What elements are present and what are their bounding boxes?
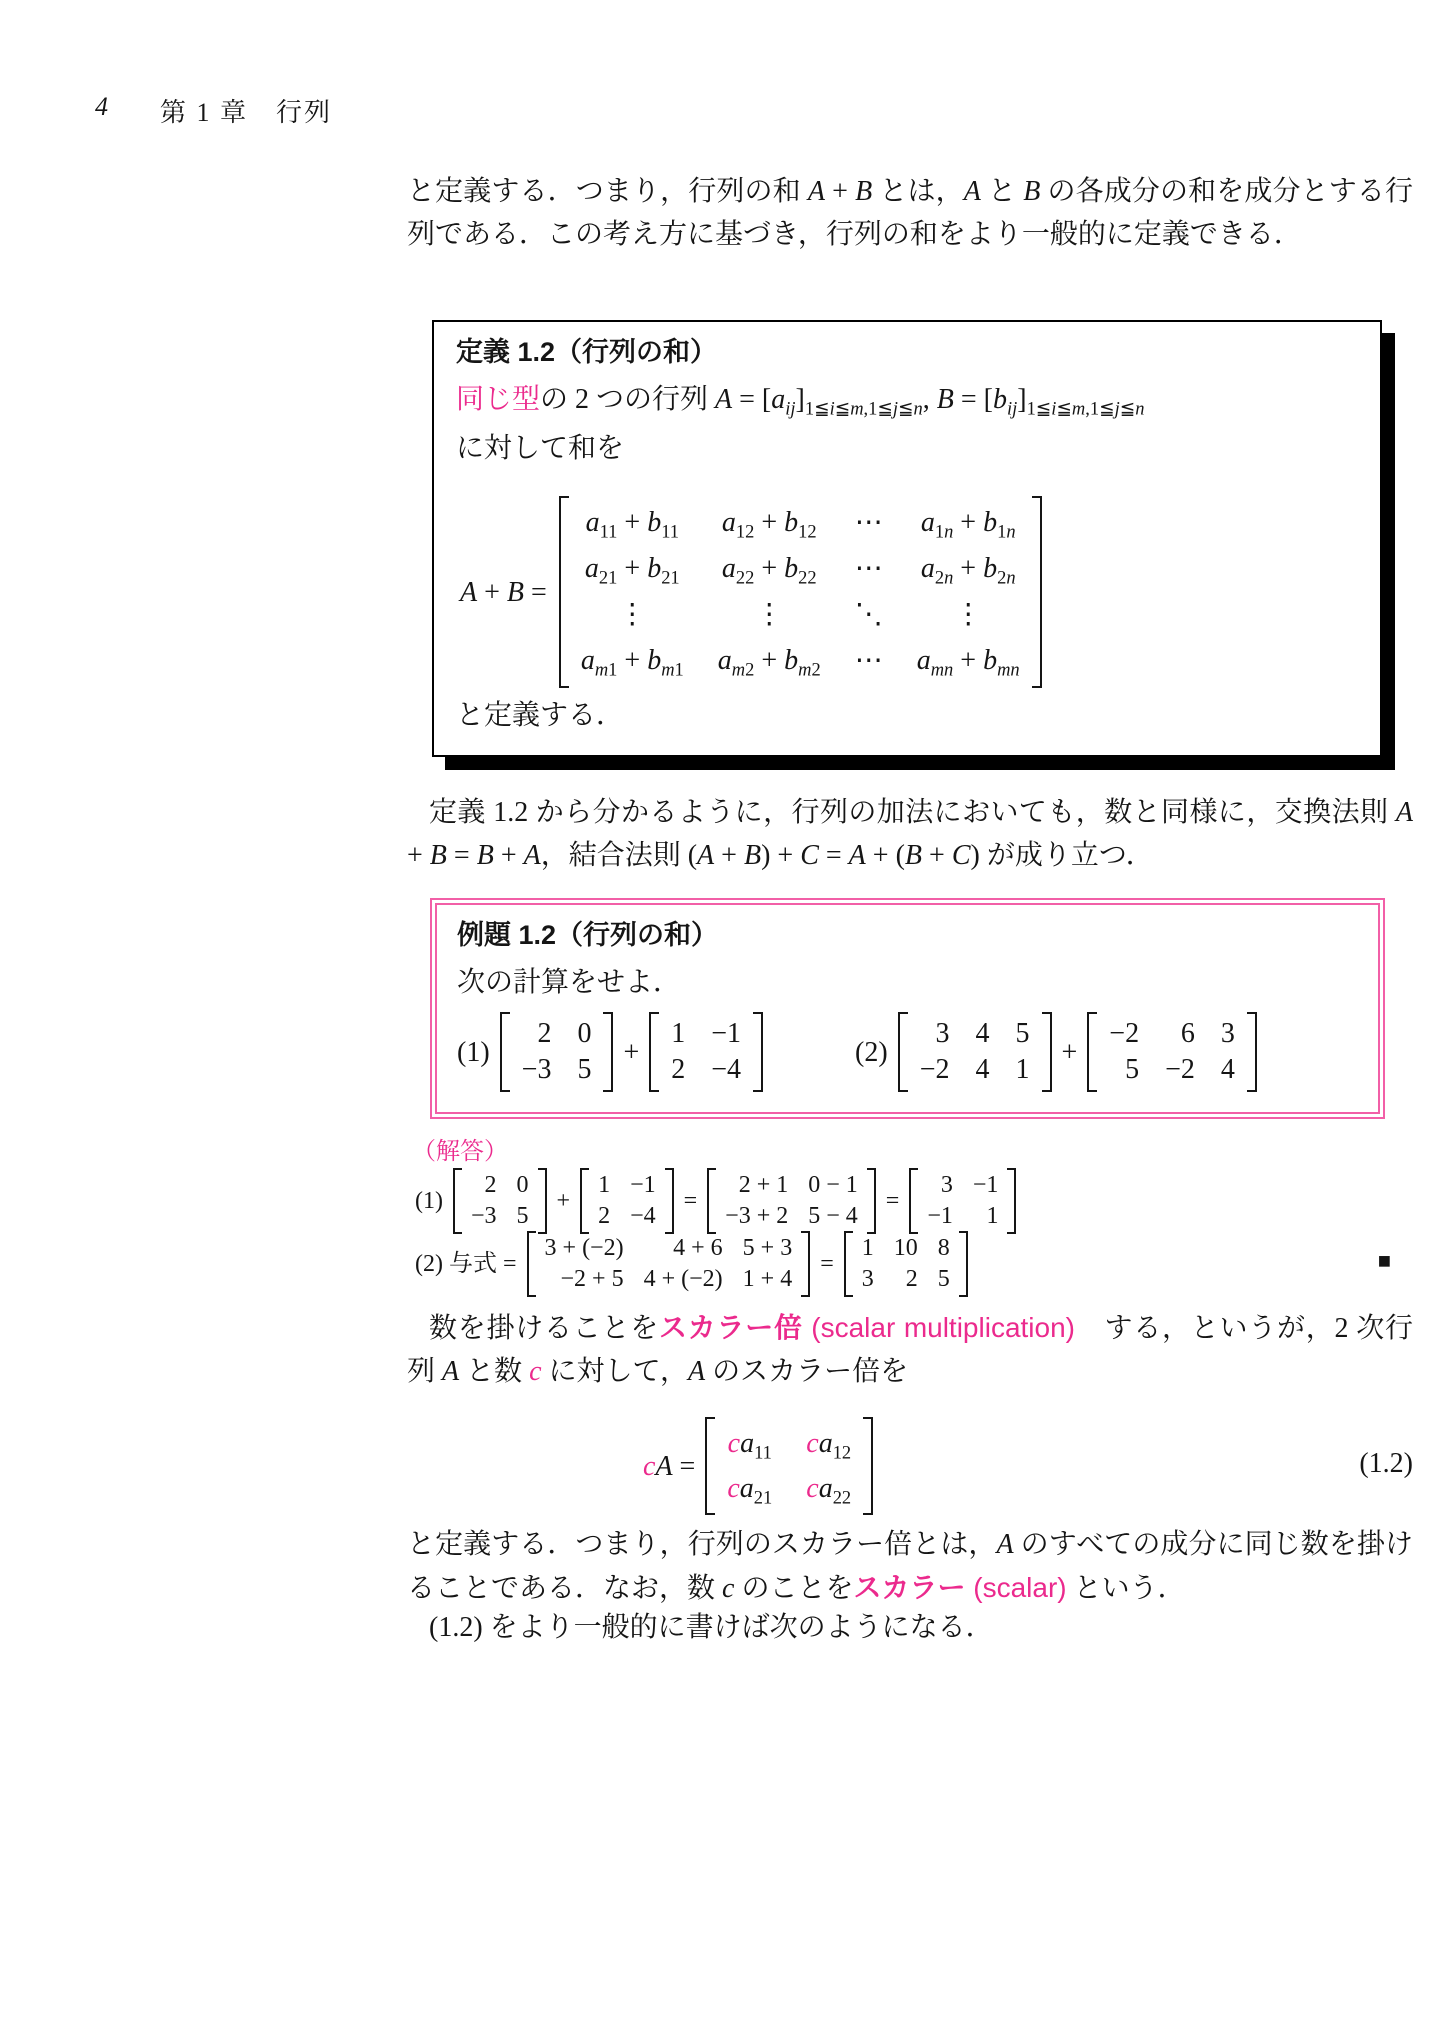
matrix-cell: ca12 <box>806 1421 851 1466</box>
matrix-cell: ca21 <box>727 1466 772 1511</box>
plus-operator: + <box>623 1031 639 1074</box>
matrix-cell: 0 − 1 <box>808 1170 858 1201</box>
matrix-cell: −4 <box>711 1052 741 1088</box>
left-bracket <box>909 1168 918 1234</box>
right-bracket <box>538 1168 547 1234</box>
example-box-inner: 例題 1.2（行列の和） 次の計算をせよ． (1) 20−35 + 1−12−4 <box>435 903 1380 1114</box>
matrix-grid: 20−35 <box>462 1168 538 1234</box>
left-bracket <box>559 496 569 688</box>
right-bracket <box>1247 1012 1257 1092</box>
plus-operator: + <box>1062 1031 1078 1074</box>
matrix-cell: 2 + 1 <box>725 1170 788 1201</box>
example-box: 例題 1.2（行列の和） 次の計算をせよ． (1) 20−35 + 1−12−4 <box>430 898 1385 1119</box>
matrix-grid: −2635−24 <box>1097 1012 1247 1092</box>
example-box-title: 例題 1.2（行列の和） <box>457 915 1362 955</box>
matrix-grid: 345−241 <box>908 1012 1042 1092</box>
left-bracket <box>705 1417 715 1515</box>
matrix-grid: 1−12−4 <box>659 1012 753 1092</box>
matrix-grid: 20−35 <box>510 1012 604 1092</box>
matrix-cell: −3 + 2 <box>725 1201 788 1232</box>
matrix-cell: 2 <box>598 1201 610 1232</box>
matrix-cell: −3 <box>471 1201 497 1232</box>
matrix-cell: ⋮ <box>718 592 821 638</box>
matrix-cell: 1 <box>598 1170 610 1201</box>
matrix-cell: ca22 <box>806 1466 851 1511</box>
scalar-paragraph: 数を掛けることをスカラー倍 (scalar multiplication) する… <box>407 1306 1413 1393</box>
equation-lhs: cA = <box>643 1445 695 1488</box>
matrix-cell: −1 <box>927 1201 953 1232</box>
matrix-cell: a21 + b21 <box>581 546 684 592</box>
left-bracket <box>844 1231 853 1297</box>
matrix-grid: 3−1−11 <box>918 1168 1007 1234</box>
matrix-grid: 2 + 10 − 1−3 + 25 − 4 <box>716 1168 867 1234</box>
left-bracket <box>500 1012 510 1092</box>
item-2-matrix-a: 345−241 <box>898 1012 1052 1092</box>
left-bracket <box>580 1168 589 1234</box>
matrix-cell: 2 <box>522 1016 552 1052</box>
matrix-cell: 0 <box>517 1170 529 1201</box>
scalar-definition-paragraph: と定義する．つまり，行列のスカラー倍とは，A のすべての成分に同じ数を掛けること… <box>407 1523 1413 1610</box>
right-bracket <box>959 1231 968 1297</box>
qed-square: ■ <box>1378 1250 1391 1272</box>
solution-line-2: (2) 与式 = 3 + (−2)4 + 65 + 3−2 + 54 + (−2… <box>415 1231 968 1297</box>
right-bracket <box>665 1168 674 1234</box>
matrix-grid: ca11ca12ca21ca22 <box>715 1417 863 1515</box>
matrix-cell: 8 <box>938 1233 950 1264</box>
right-bracket <box>1007 1168 1016 1234</box>
matrix-cell: a12 + b12 <box>718 500 821 546</box>
matrix-cell: 3 <box>927 1170 953 1201</box>
matrix-cell: a1n + b1n <box>917 500 1020 546</box>
matrix-cell: 2 <box>471 1170 497 1201</box>
generalization-paragraph: (1.2) をより一般的に書けば次のようになる． <box>407 1606 1413 1649</box>
matrix-cell: −2 + 5 <box>545 1264 624 1295</box>
equation-1-2: cA = ca11ca12ca21ca22 <box>643 1417 873 1515</box>
matrix-cell: ⋯ <box>855 546 883 592</box>
matrix-cell: −1 <box>630 1170 656 1201</box>
matrix-cell: 2 <box>671 1052 685 1088</box>
matrix-cell: −1 <box>711 1016 741 1052</box>
solution-1-matrix-sum-steps: 2 + 10 − 1−3 + 25 − 4 <box>707 1168 876 1234</box>
equals-sign: = <box>886 1180 900 1223</box>
matrix-cell: −2 <box>1165 1052 1195 1088</box>
equals-sign: = <box>820 1243 834 1286</box>
matrix-cell: ⋮ <box>917 592 1020 638</box>
sum-matrix-grid: a11 + b11a12 + b12⋯a1n + b1na21 + b21a22… <box>569 496 1032 688</box>
matrix-sum-formula: A + B = a11 + b11a12 + b12⋯a1n + b1na21 … <box>460 496 1360 688</box>
matrix-cell: 4 + (−2) <box>644 1264 723 1295</box>
right-bracket <box>867 1168 876 1234</box>
matrix-cell: 5 <box>577 1052 591 1088</box>
left-bracket <box>1087 1012 1097 1092</box>
matrix-cell: am1 + bm1 <box>581 638 684 684</box>
matrix-cell: 4 <box>976 1052 990 1088</box>
definition-condition-line: 同じ型の 2 つの行列 A = [aij]1≦i≦m,1≦j≦n, B = [b… <box>456 378 1360 421</box>
matrix-cell: 3 <box>920 1016 950 1052</box>
definition-box: 定義 1.2（行列の和） 同じ型の 2 つの行列 A = [aij]1≦i≦m,… <box>432 320 1382 757</box>
matrix-cell: 6 <box>1165 1016 1195 1052</box>
example-item-1: (1) 20−35 + 1−12−4 <box>457 1012 763 1092</box>
matrix-cell: −1 <box>973 1170 999 1201</box>
matrix-cell: 4 <box>1221 1052 1235 1088</box>
formula-lhs: A + B = <box>460 571 547 614</box>
page-number: 4 <box>95 92 108 122</box>
item-1-matrix-b: 1−12−4 <box>649 1012 763 1092</box>
solution-1-label: (1) <box>415 1180 443 1223</box>
matrix-cell: −2 <box>1109 1016 1139 1052</box>
laws-paragraph: 定義 1.2 から分かるように，行列の加法においても，数と同様に，交換法則 A … <box>407 791 1413 877</box>
solution-2-matrix-result: 1108325 <box>844 1231 968 1297</box>
matrix-cell: 2 <box>894 1264 918 1295</box>
equals-sign: = <box>684 1180 698 1223</box>
matrix-cell: a2n + b2n <box>917 546 1020 592</box>
item-2-matrix-b: −2635−24 <box>1087 1012 1257 1092</box>
matrix-cell: 5 <box>1109 1052 1139 1088</box>
matrix-grid: 1108325 <box>853 1231 959 1297</box>
equation-number: (1.2) <box>1359 1442 1413 1485</box>
item-2-label: (2) <box>855 1031 888 1074</box>
solution-1-matrix-b: 1−12−4 <box>580 1168 674 1234</box>
solution-1-matrix-result: 3−1−11 <box>909 1168 1016 1234</box>
solution-1-matrix-a: 20−35 <box>453 1168 547 1234</box>
matrix-cell: 3 <box>1221 1016 1235 1052</box>
matrix-cell: −2 <box>920 1052 950 1088</box>
matrix-cell: 1 <box>671 1016 685 1052</box>
matrix-cell: 3 + (−2) <box>545 1233 624 1264</box>
matrix-cell: ⋯ <box>855 500 883 546</box>
matrix-cell: 10 <box>894 1233 918 1264</box>
left-bracket <box>453 1168 462 1234</box>
matrix-cell: 5 <box>1016 1016 1030 1052</box>
solution-2-label: (2) 与式 = <box>415 1243 517 1286</box>
matrix-cell: −4 <box>630 1201 656 1232</box>
right-bracket <box>863 1417 873 1515</box>
scalar-matrix: ca11ca12ca21ca22 <box>705 1417 873 1515</box>
matrix-cell: ⋮ <box>581 592 684 638</box>
matrix-cell: 1 + 4 <box>743 1264 793 1295</box>
item-1-matrix-a: 20−35 <box>500 1012 614 1092</box>
matrix-grid: 1−12−4 <box>589 1168 665 1234</box>
matrix-cell: 4 + 6 <box>644 1233 723 1264</box>
matrix-cell: a11 + b11 <box>581 500 684 546</box>
matrix-cell: −3 <box>522 1052 552 1088</box>
example-problems-row: (1) 20−35 + 1−12−4 (2) <box>457 1012 1362 1092</box>
matrix-cell: 1 <box>973 1201 999 1232</box>
solution-line-1: (1) 20−35 + 1−12−4 = 2 + 10 − 1−3 + 25 −… <box>415 1168 1016 1234</box>
definition-closing-line: と定義する． <box>456 694 1360 737</box>
matrix-cell: a22 + b22 <box>718 546 821 592</box>
matrix-cell: 3 <box>862 1264 874 1295</box>
matrix-grid: 3 + (−2)4 + 65 + 3−2 + 54 + (−2)1 + 4 <box>536 1231 802 1297</box>
matrix-cell: ca11 <box>727 1421 772 1466</box>
plus-operator: + <box>557 1180 571 1223</box>
left-bracket <box>898 1012 908 1092</box>
chapter-title: 第 1 章 行列 <box>160 92 332 129</box>
matrix-cell: ⋯ <box>855 638 883 684</box>
right-bracket <box>603 1012 613 1092</box>
left-bracket <box>649 1012 659 1092</box>
intro-paragraph: と定義する．つまり，行列の和 A + B とは，A と B の各成分の和を成分と… <box>407 170 1413 256</box>
matrix-cell: 1 <box>862 1233 874 1264</box>
matrix-cell: amn + bmn <box>917 638 1020 684</box>
right-bracket <box>753 1012 763 1092</box>
matrix-cell: am2 + bm2 <box>718 638 821 684</box>
matrix-cell: 1 <box>1016 1052 1030 1088</box>
matrix-cell: 0 <box>577 1016 591 1052</box>
left-bracket <box>707 1168 716 1234</box>
right-bracket <box>1032 496 1042 688</box>
definition-box-title: 定義 1.2（行列の和） <box>456 332 1360 372</box>
solution-2-matrix-steps: 3 + (−2)4 + 65 + 3−2 + 54 + (−2)1 + 4 <box>527 1231 811 1297</box>
example-prompt: 次の計算をせよ． <box>457 961 1362 1004</box>
matrix-cell: 5 + 3 <box>743 1233 793 1264</box>
right-bracket <box>1042 1012 1052 1092</box>
matrix-cell: 5 − 4 <box>808 1201 858 1232</box>
matrix-cell: 5 <box>938 1264 950 1295</box>
left-bracket <box>527 1231 536 1297</box>
sum-matrix: a11 + b11a12 + b12⋯a1n + b1na21 + b21a22… <box>559 496 1042 688</box>
item-1-label: (1) <box>457 1031 490 1074</box>
matrix-cell: ⋱ <box>855 592 883 638</box>
example-item-2: (2) 345−241 + −2635−24 <box>855 1012 1257 1092</box>
definition-lead-line: に対して和を <box>456 427 1360 470</box>
matrix-cell: 4 <box>976 1016 990 1052</box>
right-bracket <box>801 1231 810 1297</box>
matrix-cell: 5 <box>517 1201 529 1232</box>
solution-label: （解答） <box>412 1137 508 1167</box>
